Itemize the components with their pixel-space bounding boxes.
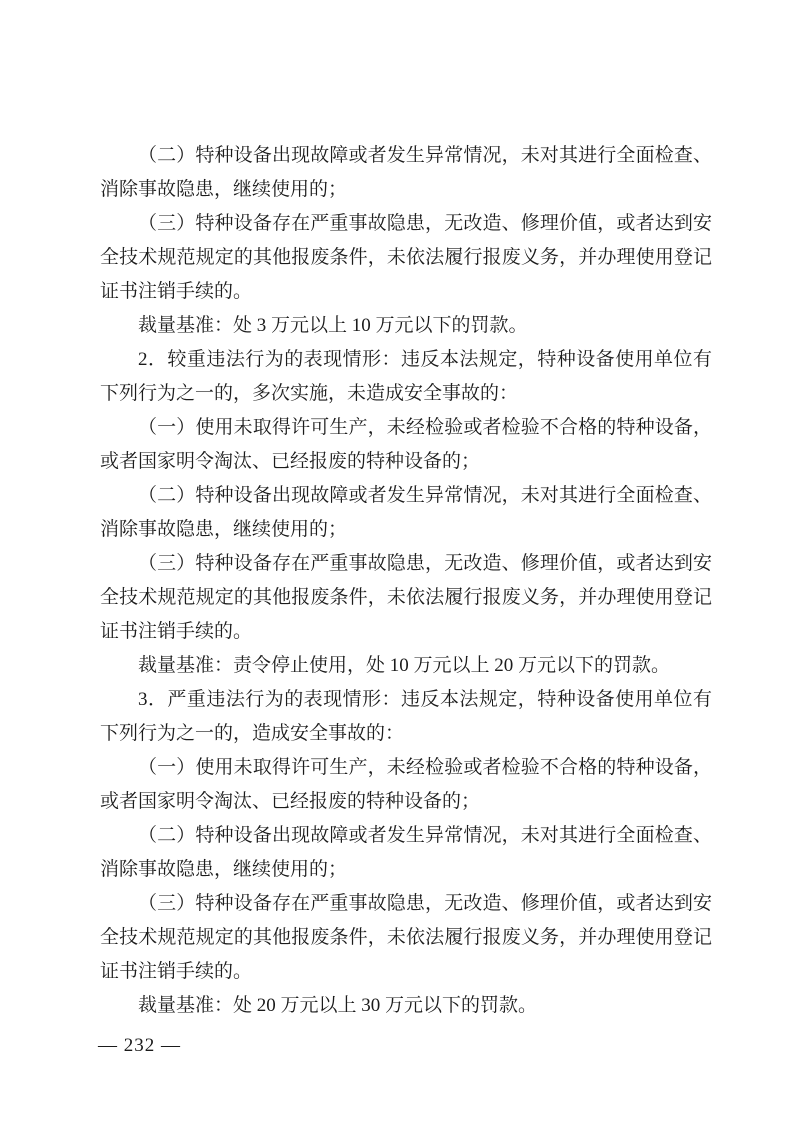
document-page: （二）特种设备出现故障或者发生异常情况，未对其进行全面检查、消除事故隐患，继续使…: [0, 0, 793, 1122]
paragraph: 裁量基准：处 3 万元以上 10 万元以下的罚款。: [100, 309, 712, 343]
paragraph: 3．严重违法行为的表现情形：违反本法规定，特种设备使用单位有下列行为之一的，造成…: [100, 683, 712, 751]
paragraph: 裁量基准：处 20 万元以上 30 万元以下的罚款。: [100, 989, 712, 1023]
document-body: （二）特种设备出现故障或者发生异常情况，未对其进行全面检查、消除事故隐患，继续使…: [100, 139, 712, 1023]
page-number: — 232 —: [98, 1035, 181, 1056]
paragraph: （二）特种设备出现故障或者发生异常情况，未对其进行全面检查、消除事故隐患，继续使…: [100, 479, 712, 547]
paragraph: （三）特种设备存在严重事故隐患，无改造、修理价值，或者达到安全技术规范规定的其他…: [100, 547, 712, 649]
paragraph: 裁量基准：责令停止使用，处 10 万元以上 20 万元以下的罚款。: [100, 649, 712, 683]
paragraph: （一）使用未取得许可生产，未经检验或者检验不合格的特种设备，或者国家明令淘汰、已…: [100, 411, 712, 479]
paragraph: （二）特种设备出现故障或者发生异常情况，未对其进行全面检查、消除事故隐患，继续使…: [100, 139, 712, 207]
paragraph: （一）使用未取得许可生产，未经检验或者检验不合格的特种设备，或者国家明令淘汰、已…: [100, 751, 712, 819]
page-footer: — 232 —: [98, 1033, 181, 1059]
paragraph: （三）特种设备存在严重事故隐患，无改造、修理价值，或者达到安全技术规范规定的其他…: [100, 887, 712, 989]
paragraph: （三）特种设备存在严重事故隐患，无改造、修理价值，或者达到安全技术规范规定的其他…: [100, 207, 712, 309]
paragraph: 2．较重违法行为的表现情形：违反本法规定，特种设备使用单位有下列行为之一的，多次…: [100, 343, 712, 411]
paragraph: （二）特种设备出现故障或者发生异常情况，未对其进行全面检查、消除事故隐患，继续使…: [100, 819, 712, 887]
